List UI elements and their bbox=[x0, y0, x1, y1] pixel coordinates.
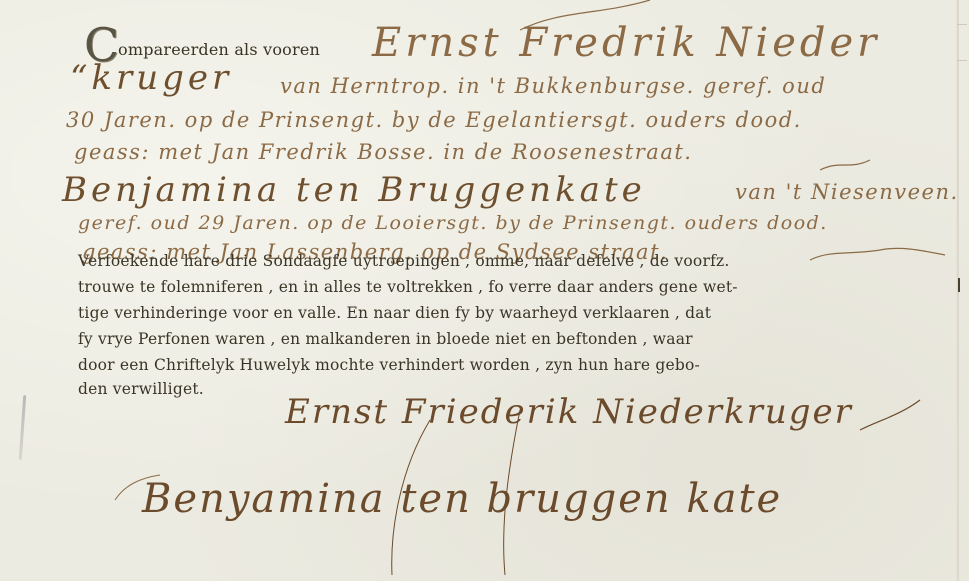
pencil-stroke bbox=[19, 395, 27, 460]
printed-body-line: den verwilliget. bbox=[78, 380, 204, 398]
printed-body-line: tige verhinderinge voor en valle. En naa… bbox=[78, 304, 711, 322]
printed-body-line: fy vrye Perfonen waren , en malkanderen … bbox=[78, 330, 693, 348]
bride-name-line: Benjamina ten Bruggenkate bbox=[62, 170, 646, 210]
register-page: C ompareerden als vooren Ernst Fredrik N… bbox=[0, 0, 969, 581]
bride-origin: van 't Niesenveen. bbox=[735, 180, 959, 204]
groom-name-line2: “kruger bbox=[70, 58, 232, 98]
groom-assisted-line: geass: met Jan Fredrik Bosse. in de Roos… bbox=[74, 140, 692, 164]
margin-tick bbox=[957, 24, 967, 25]
groom-age-residence-line: 30 Jaren. op de Prinsengt. by de Egelant… bbox=[66, 108, 802, 132]
printed-body-line: Verfoekende hare drie Sondaagfe uytroepi… bbox=[78, 252, 730, 270]
bride-age-residence-line: geref. oud 29 Jaren. op de Looiersgt. by… bbox=[78, 212, 828, 234]
groom-origin-line: van Herntrop. in 't Bukkenburgse. geref.… bbox=[280, 74, 826, 98]
groom-name-line1: Ernst Fredrik Nieder bbox=[372, 20, 880, 66]
groom-signature: Ernst Friederik Niederkruger bbox=[285, 392, 853, 432]
printed-body-line: trouwe te folemniferen , en in alles te … bbox=[78, 278, 738, 296]
printed-body-line: door een Chriftelyk Huwelyk mochte verhi… bbox=[78, 356, 700, 374]
bride-signature: Benyamina ten bruggen kate bbox=[142, 476, 782, 522]
margin-tick bbox=[957, 60, 967, 61]
edge-ink-mark bbox=[958, 278, 960, 292]
printed-opening: ompareerden als vooren bbox=[118, 40, 320, 59]
